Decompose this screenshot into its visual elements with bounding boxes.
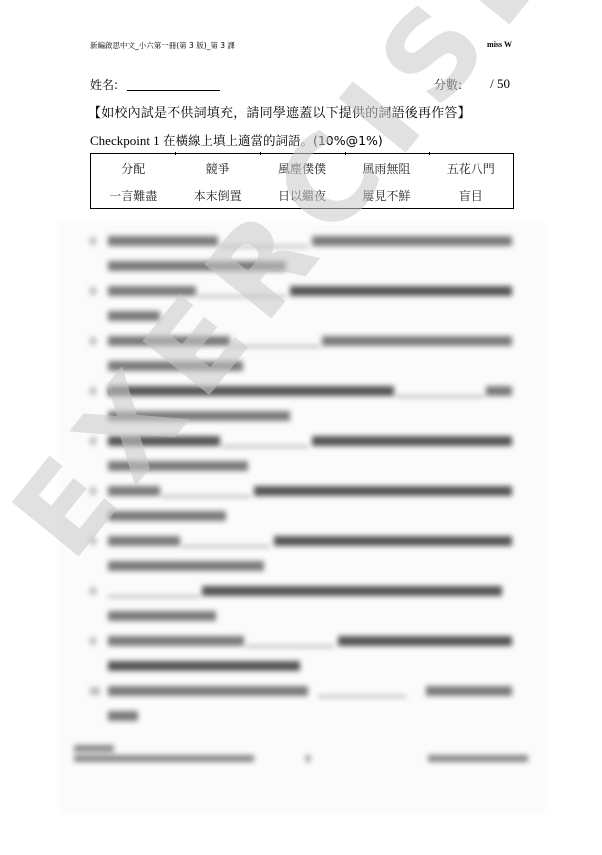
question-line — [90, 509, 510, 523]
column-tick — [429, 152, 430, 155]
column-tick — [345, 152, 346, 155]
word-bank-item: 風塵僕僕 — [260, 154, 344, 181]
word-bank-item: 五花八門 — [429, 154, 513, 181]
word-bank-item: 一言難盡 — [91, 181, 175, 208]
question-number — [90, 537, 96, 545]
footer-page-number — [306, 755, 310, 762]
footer-line — [74, 755, 254, 762]
question-line — [90, 484, 510, 498]
blurred-questions-preview — [58, 222, 545, 814]
page-header: 新編啟思中文_小六第一冊(第 3 版)_第 3 課 miss W — [90, 40, 512, 52]
question-line — [90, 259, 510, 273]
question-line — [90, 659, 510, 673]
word-bank-item: 風雨無阻 — [344, 154, 428, 181]
word-bank-item: 盲目 — [429, 181, 513, 208]
question-number — [90, 437, 96, 445]
question-number — [90, 287, 96, 295]
question-number — [90, 237, 96, 245]
score-total: / 50 — [490, 76, 510, 92]
question-line — [90, 234, 510, 248]
question-line — [90, 634, 510, 648]
author-label: miss W — [487, 40, 512, 49]
word-bank-table: 分配 競爭 風塵僕僕 風雨無阻 五花八門 一言難盡 本末倒置 日以繼夜 屢見不鮮… — [90, 153, 514, 209]
footer-line — [74, 745, 114, 752]
checkpoint-label: Checkpoint 1 — [90, 133, 160, 148]
word-bank-item: 分配 — [91, 154, 175, 181]
name-label: 姓名: — [90, 76, 118, 93]
question-line — [90, 559, 510, 573]
question-line — [90, 334, 510, 348]
question-line — [90, 709, 510, 723]
word-bank-item: 日以繼夜 — [260, 181, 344, 208]
column-tick — [260, 152, 261, 155]
question-number — [90, 387, 96, 395]
question-line — [90, 409, 510, 423]
question-line — [90, 284, 510, 298]
question-number — [90, 337, 96, 345]
question-number — [90, 487, 96, 495]
question-number — [90, 687, 100, 695]
word-bank-item: 本末倒置 — [175, 181, 259, 208]
question-line — [90, 534, 510, 548]
student-info-row: 姓名: 分數: / 50 — [90, 76, 510, 92]
question-line — [90, 459, 510, 473]
checkpoint-instruction: 在橫線上填上適當的詞語。(10%@1%) — [163, 133, 383, 148]
footer-code — [428, 755, 528, 762]
question-line — [90, 609, 510, 623]
question-line — [90, 684, 510, 698]
checkpoint-heading: Checkpoint 1 在橫線上填上適當的詞語。(10%@1%) — [90, 131, 383, 149]
column-tick — [175, 152, 176, 155]
word-bank-item: 屢見不鮮 — [344, 181, 428, 208]
word-bank-item: 競爭 — [175, 154, 259, 181]
document-title: 新編啟思中文_小六第一冊(第 3 版)_第 3 課 — [90, 40, 235, 51]
question-line — [90, 359, 510, 373]
score-label: 分數: — [434, 76, 462, 93]
question-number — [90, 587, 96, 595]
question-line — [90, 434, 510, 448]
name-field-line[interactable] — [127, 90, 220, 91]
question-number — [90, 637, 96, 645]
question-line — [90, 584, 510, 598]
notice-text: 【如校內試是不供詞填充，請同學遮蓋以下提供的詞語後再作答】 — [88, 102, 471, 121]
question-line — [90, 309, 510, 323]
question-line — [90, 384, 510, 398]
